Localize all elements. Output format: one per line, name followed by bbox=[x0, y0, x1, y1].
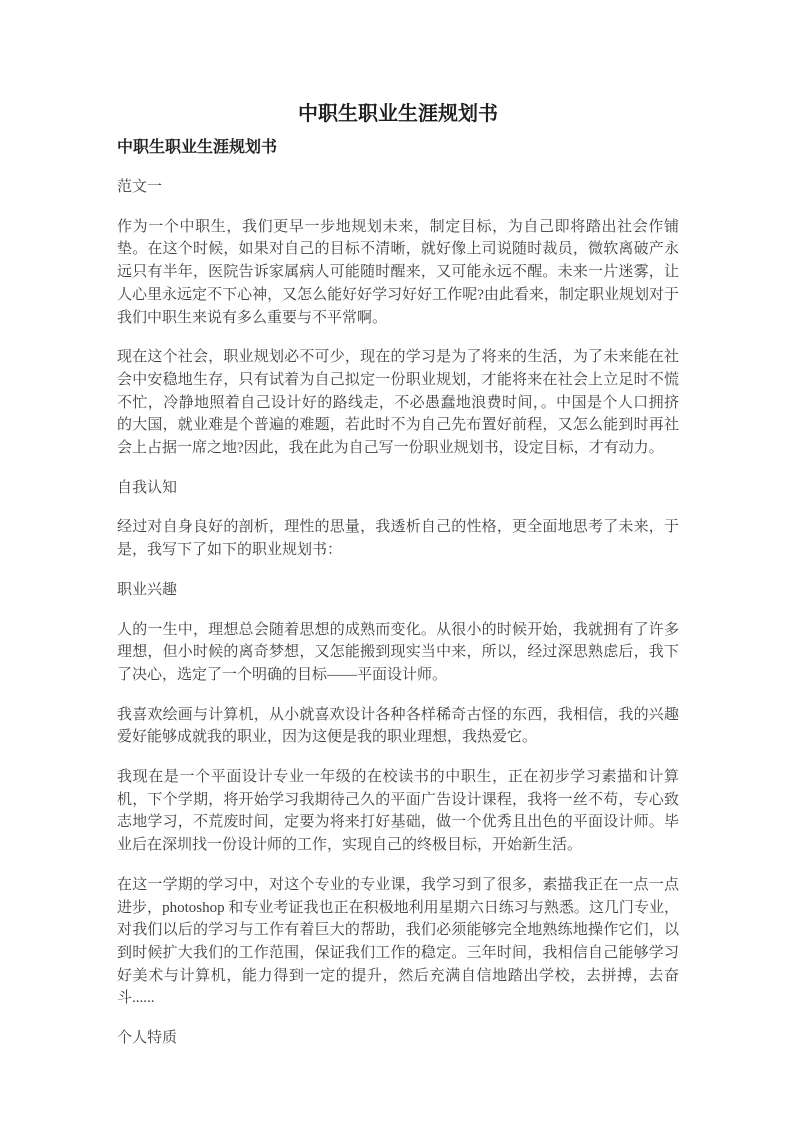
essay-label: 范文一 bbox=[117, 176, 679, 199]
paragraph-self-awareness: 经过对自身良好的剖析，理性的思量，我透析自己的性格，更全面地思考了未来，于是，我… bbox=[117, 516, 679, 561]
section-heading-self-awareness: 自我认知 bbox=[117, 477, 679, 500]
document-title: 中职生职业生涯规划书 bbox=[117, 101, 679, 127]
paragraph-career-interest-2: 我喜欢绘画与计算机，从小就喜欢设计各种各样稀奇古怪的东西，我相信，我的兴趣爱好能… bbox=[117, 704, 679, 749]
document-page: 中职生职业生涯规划书 中职生职业生涯规划书 范文一 作为一个中职生，我们更早一步… bbox=[0, 0, 793, 1122]
paragraph-intro-1: 作为一个中职生，我们更早一步地规划未来，制定目标，为自己即将踏出社会作铺垫。在这… bbox=[117, 216, 679, 330]
document-subtitle-heading: 中职生职业生涯规划书 bbox=[117, 136, 679, 159]
paragraph-career-interest-3: 我现在是一个平面设计专业一年级的在校读书的中职生，正在初步学习素描和计算机，下个… bbox=[117, 766, 679, 857]
paragraph-career-interest-1: 人的一生中，理想总会随着思想的成熟而变化。从很小的时候开始，我就拥有了许多理想，… bbox=[117, 619, 679, 687]
paragraph-career-interest-4: 在这一学期的学习中，对这个专业的专业课，我学习到了很多，素描我正在一点一点进步，… bbox=[117, 874, 679, 1010]
section-heading-career-interest: 职业兴趣 bbox=[117, 579, 679, 602]
section-heading-personal-traits: 个人特质 bbox=[117, 1027, 679, 1050]
paragraph-intro-2: 现在这个社会，职业规划必不可少，现在的学习是为了将来的生活，为了未来能在社会中安… bbox=[117, 346, 679, 460]
